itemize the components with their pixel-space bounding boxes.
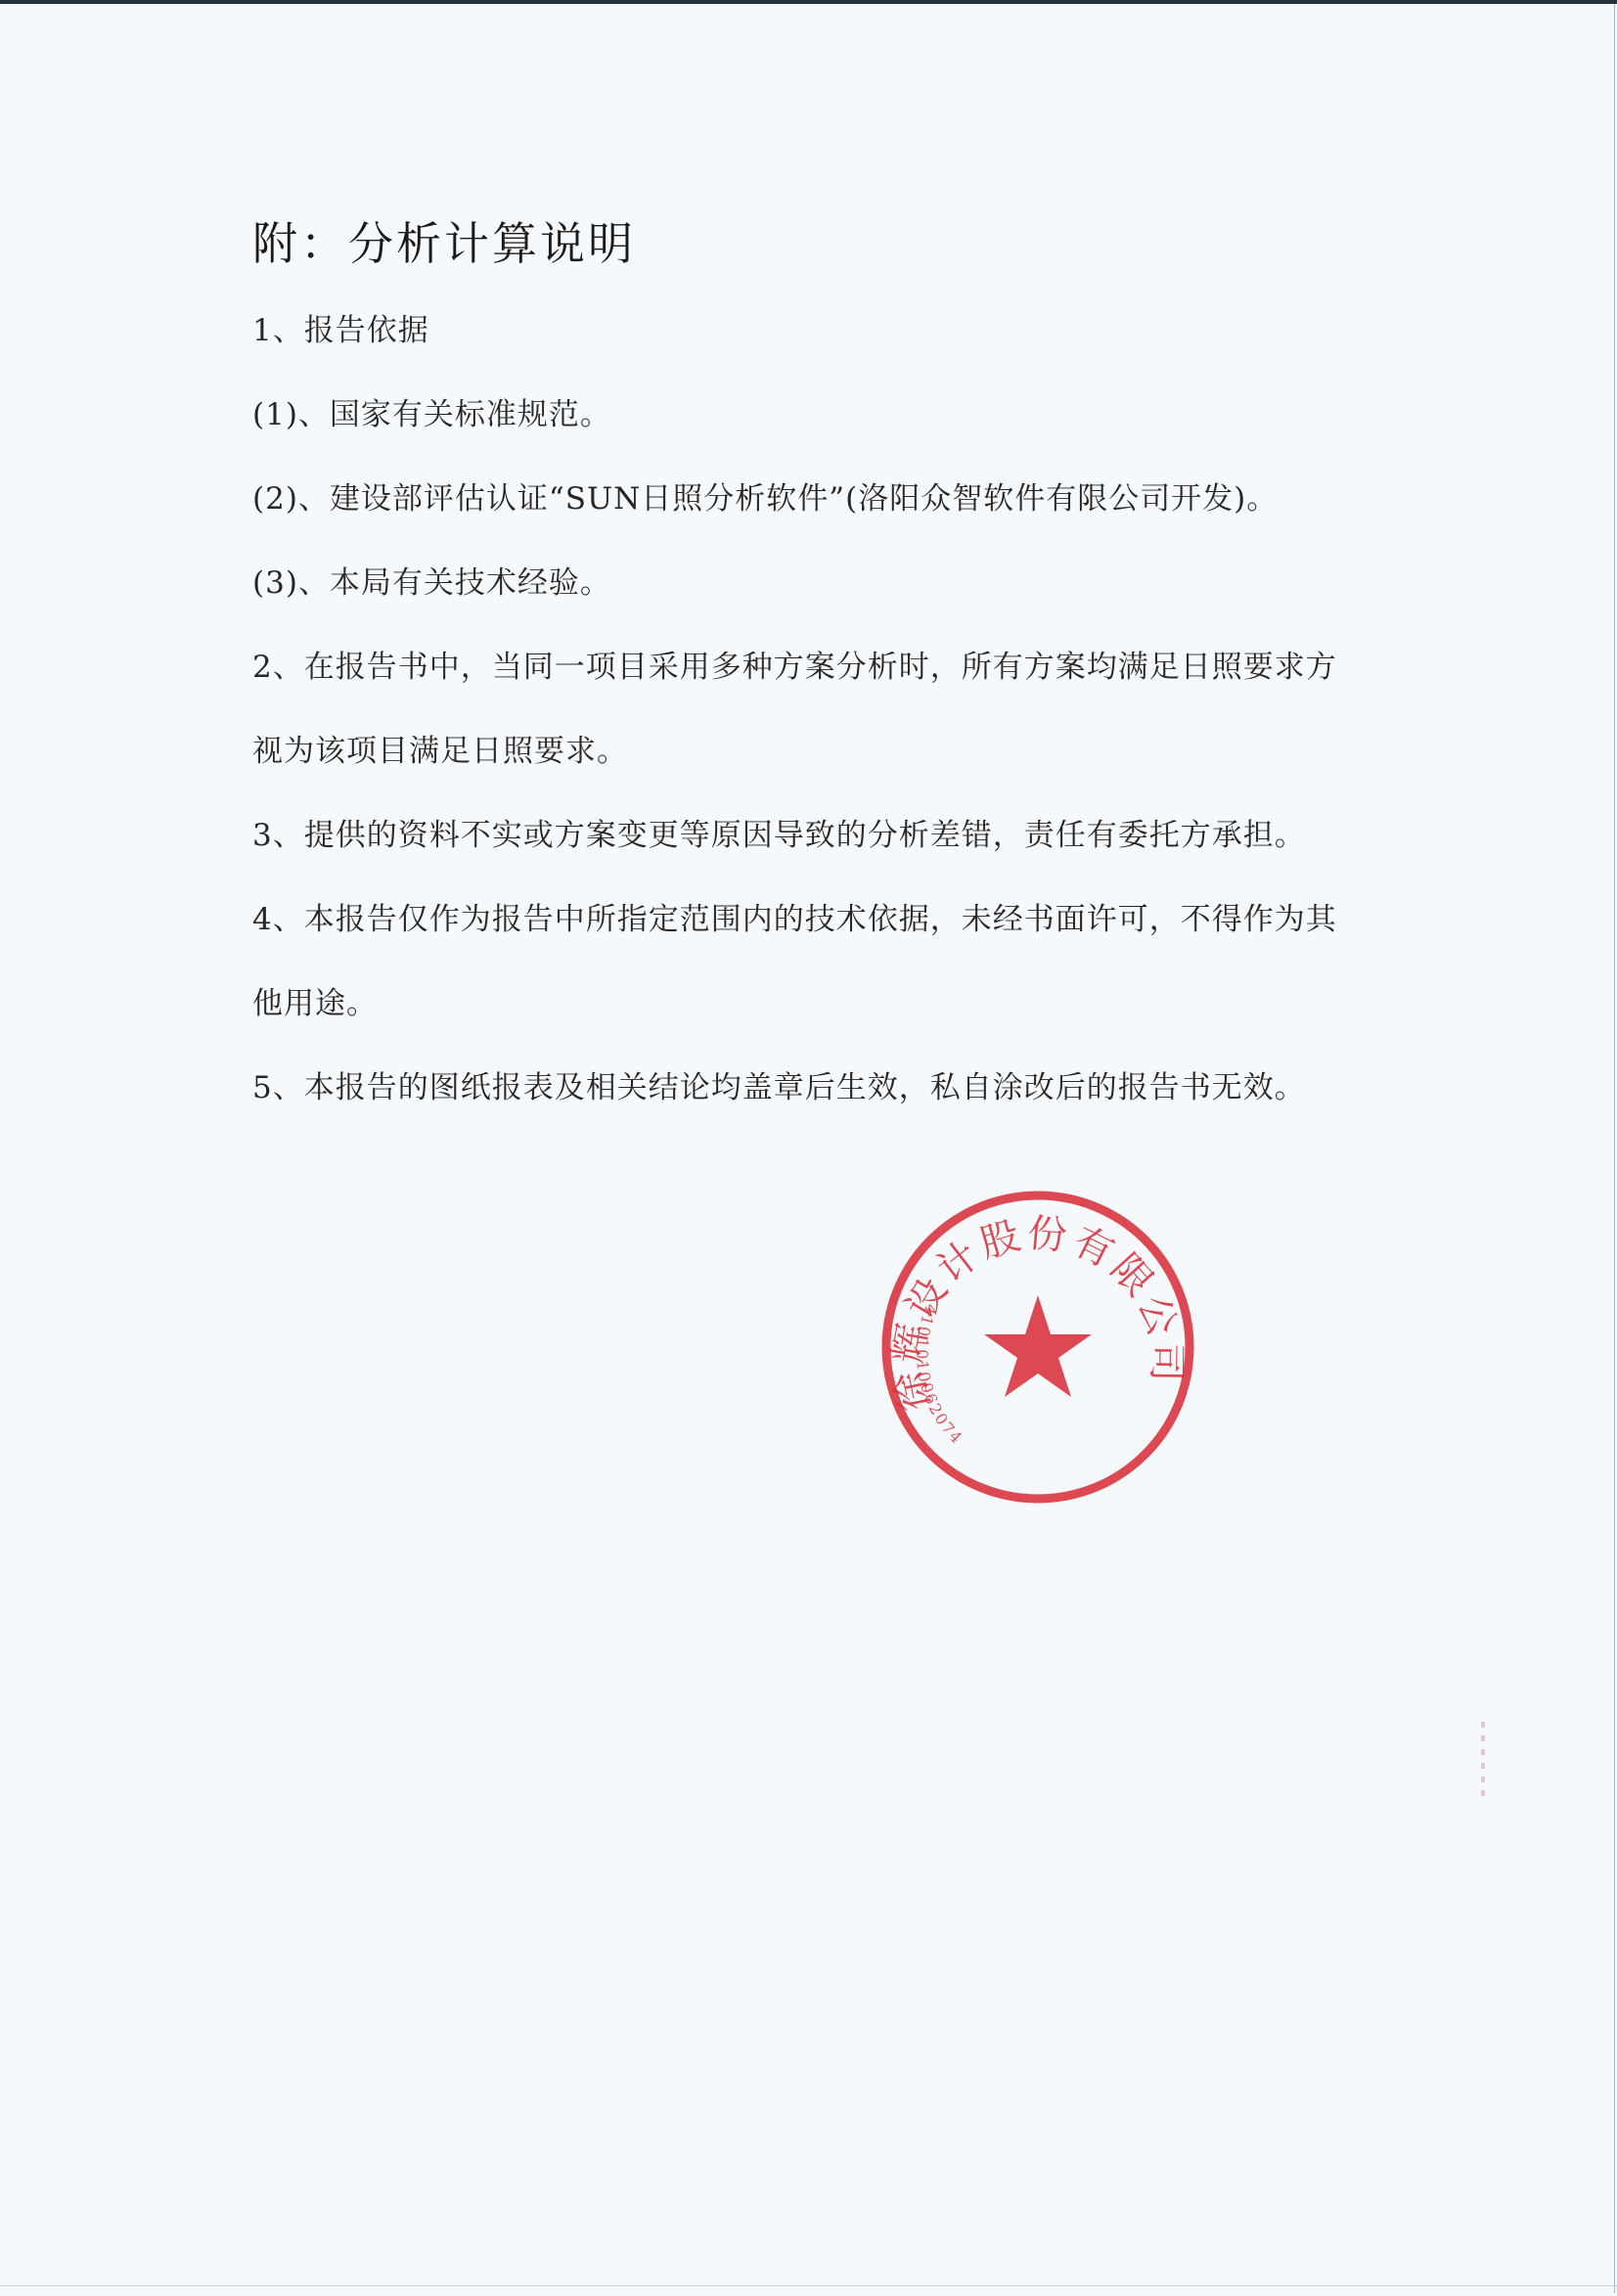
basis-item-1: (1)、国家有关标准规范。 — [252, 395, 611, 434]
star-icon — [984, 1295, 1092, 1397]
document-body: 附：分析计算说明 1、报告依据 (1)、国家有关标准规范。 (2)、建设部评估认… — [252, 209, 1387, 278]
scan-right-border — [1614, 4, 1615, 2293]
scan-top-border — [0, 0, 1617, 4]
section-1-heading: 1、报告依据 — [252, 311, 429, 350]
page-title: 附：分析计算说明 — [252, 209, 1387, 278]
basis-item-2: (2)、建设部评估认证“SUN日照分析软件”(洛阳众智软件有限公司开发)。 — [252, 479, 1278, 518]
clause-2-line-2: 视为该项目满足日照要求。 — [252, 732, 628, 771]
svg-text:4101010062074: 4101010062074 — [913, 1301, 967, 1448]
company-seal: 徐辉设计股份有限公司 4101010062074 — [876, 1186, 1199, 1508]
scan-bottom-border — [0, 2285, 1617, 2286]
clause-3: 3、提供的资料不实或方案变更等原因导致的分析差错，责任有委托方承担。 — [252, 816, 1306, 855]
basis-item-3: (3)、本局有关技术经验。 — [252, 563, 611, 603]
clause-4-line-2: 他用途。 — [252, 984, 378, 1023]
clause-5: 5、本报告的图纸报表及相关结论均盖章后生效，私自涂改后的报告书无效。 — [252, 1068, 1306, 1107]
scan-artifact — [1481, 1722, 1485, 1800]
clause-4-line-1: 4、本报告仅作为报告中所指定范围内的技术依据，未经书面许可，不得作为其 — [252, 900, 1337, 939]
seal-registration-number: 4101010062074 — [913, 1301, 967, 1448]
clause-2-line-1: 2、在报告书中，当同一项目采用多种方案分析时，所有方案均满足日照要求方 — [252, 648, 1337, 687]
